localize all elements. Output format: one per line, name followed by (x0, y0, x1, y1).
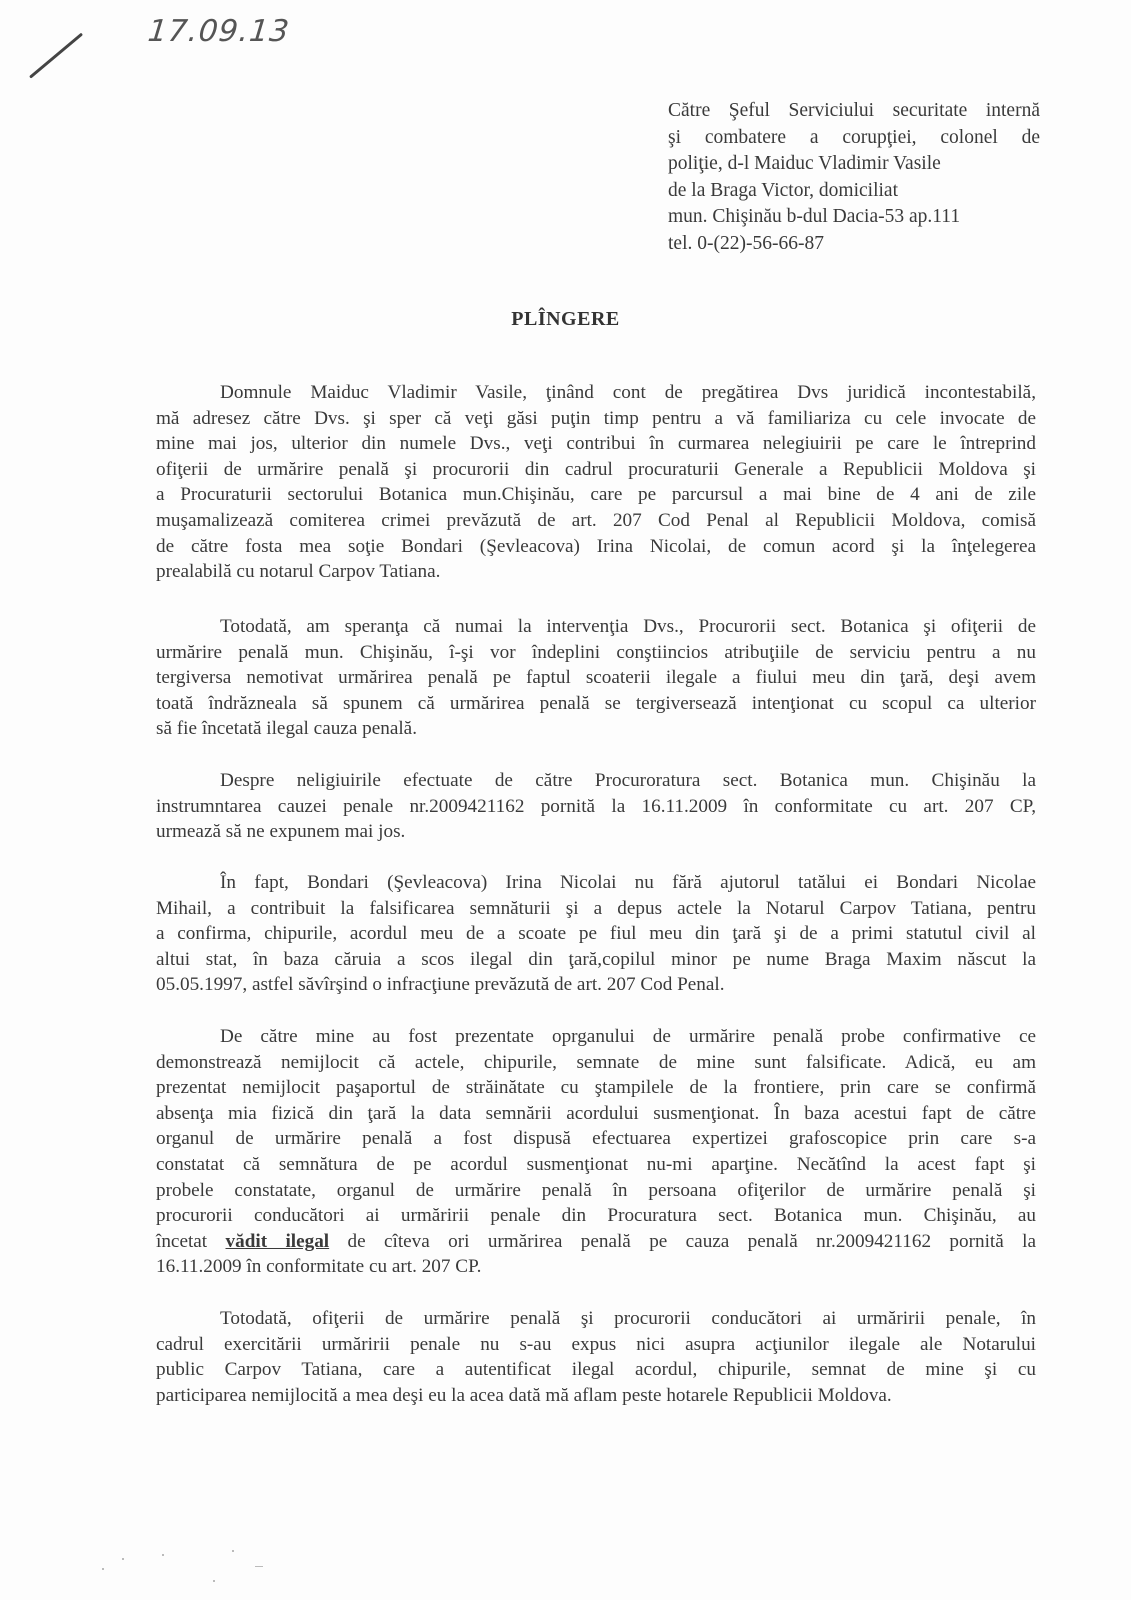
scan-speck (255, 1566, 263, 1567)
text-line: mă adresez către Dvs. şi sper că veţi gă… (156, 406, 1036, 432)
scan-speck (162, 1554, 164, 1556)
text-line: În fapt, Bondari (Şevleacova) Irina Nico… (156, 870, 1036, 896)
emphasis-line: încetat vădit ilegal de cîteva ori urmăr… (156, 1229, 1036, 1255)
handwritten-date: 17.09.13 (146, 14, 291, 49)
text-line: prealabilă cu notarul Carpov Tatiana. (156, 559, 1036, 585)
addressee-line: poliţie, d-l Maiduc Vladimir Vasile (668, 151, 1040, 178)
text-segment: de cîteva ori urmărirea penală pe cauza … (329, 1231, 1036, 1252)
text-line: altui stat, în baza căruia a scos ilegal… (156, 947, 1036, 973)
paragraph-5: De către mine au fost prezentate oprganu… (156, 1024, 1036, 1280)
text-line: Despre neligiuirile efectuate de către P… (156, 768, 1036, 794)
text-line: ofiţerii de urmărire penală şi procurori… (156, 457, 1036, 483)
text-line: Mihail, a contribuit la falsificarea sem… (156, 896, 1036, 922)
addressee-line: de la Braga Victor, domiciliat (668, 178, 1040, 205)
text-line: participarea nemijlocită a mea deşi eu l… (156, 1383, 1036, 1409)
addressee-line: mun. Chişinău b-dul Dacia-53 ap.111 (668, 204, 1040, 231)
text-line: muşamalizează comiterea crimei prevăzută… (156, 508, 1036, 534)
addressee-line: tel. 0-(22)-56-66-87 (668, 231, 1040, 258)
text-line: toată îndrăzneala să spunem că urmărirea… (156, 691, 1036, 717)
handwritten-slash-mark (29, 33, 83, 79)
text-line: 16.11.2009 în conformitate cu art. 207 C… (156, 1254, 1036, 1280)
text-line: urmărire penală mun. Chişinău, î-şi vor … (156, 640, 1036, 666)
text-line: de către fosta mea soţie Bondari (Şevlea… (156, 534, 1036, 560)
document-page: 17.09.13 Către Şeful Serviciului securit… (0, 0, 1131, 1600)
emphasized-phrase: vădit ilegal (226, 1231, 330, 1252)
paragraph-2: Totodată, am speranţa că numai la interv… (156, 614, 1036, 742)
text-line: constatat că semnătura de pe acordul sus… (156, 1152, 1036, 1178)
paragraph-4: În fapt, Bondari (Şevleacova) Irina Nico… (156, 870, 1036, 998)
paragraph-3: Despre neligiuirile efectuate de către P… (156, 768, 1036, 845)
text-line: tergiversa nemotivat urmărirea penală pe… (156, 665, 1036, 691)
text-line: prezentat nemijlocit paşaportul de străi… (156, 1075, 1036, 1101)
text-line: procurorii conducători ai urmăririi pena… (156, 1203, 1036, 1229)
text-line: Domnule Maiduc Vladimir Vasile, ţinând c… (156, 380, 1036, 406)
text-line: urmează să ne expunem mai jos. (156, 819, 1036, 845)
text-line: mine mai jos, ulterior din numele Dvs., … (156, 431, 1036, 457)
text-line: De către mine au fost prezentate oprganu… (156, 1024, 1036, 1050)
addressee-block: Către Şeful Serviciului securitate inter… (668, 98, 1040, 257)
document-title: PLÎNGERE (0, 308, 1131, 331)
text-line: a Procuraturii sectorului Botanica mun.C… (156, 482, 1036, 508)
text-line: Totodată, am speranţa că numai la interv… (156, 614, 1036, 640)
paragraph-1: Domnule Maiduc Vladimir Vasile, ţinând c… (156, 380, 1036, 585)
text-line: public Carpov Tatiana, care a autentific… (156, 1357, 1036, 1383)
scan-speck (232, 1550, 234, 1552)
text-line: demonstrează nemijlocit că actele, chipu… (156, 1050, 1036, 1076)
scan-speck (213, 1580, 215, 1582)
addressee-line: Către Şeful Serviciului securitate inter… (668, 98, 1040, 125)
text-line: absenţa mia fizică din ţară la data semn… (156, 1101, 1036, 1127)
scan-speck (122, 1558, 124, 1560)
addressee-line: şi combatere a corupţiei, colonel de (668, 125, 1040, 152)
scan-speck (102, 1568, 104, 1570)
text-line: 05.05.1997, astfel săvîrşind o infracţiu… (156, 972, 1036, 998)
text-line: cadrul exercitării urmăririi penale nu s… (156, 1332, 1036, 1358)
text-line: a confirma, chipurile, acordul meu de a … (156, 921, 1036, 947)
text-line: să fie încetată ilegal cauza penală. (156, 716, 1036, 742)
text-line: Totodată, ofiţerii de urmărire penală şi… (156, 1306, 1036, 1332)
text-segment: încetat (156, 1231, 226, 1252)
text-line: organul de urmărire penală a fost dispus… (156, 1126, 1036, 1152)
text-line: instrumntarea cauzei penale nr.200942116… (156, 794, 1036, 820)
text-line: probele constatate, organul de urmărire … (156, 1178, 1036, 1204)
paragraph-6: Totodată, ofiţerii de urmărire penală şi… (156, 1306, 1036, 1408)
scan-noise (0, 1540, 1131, 1600)
